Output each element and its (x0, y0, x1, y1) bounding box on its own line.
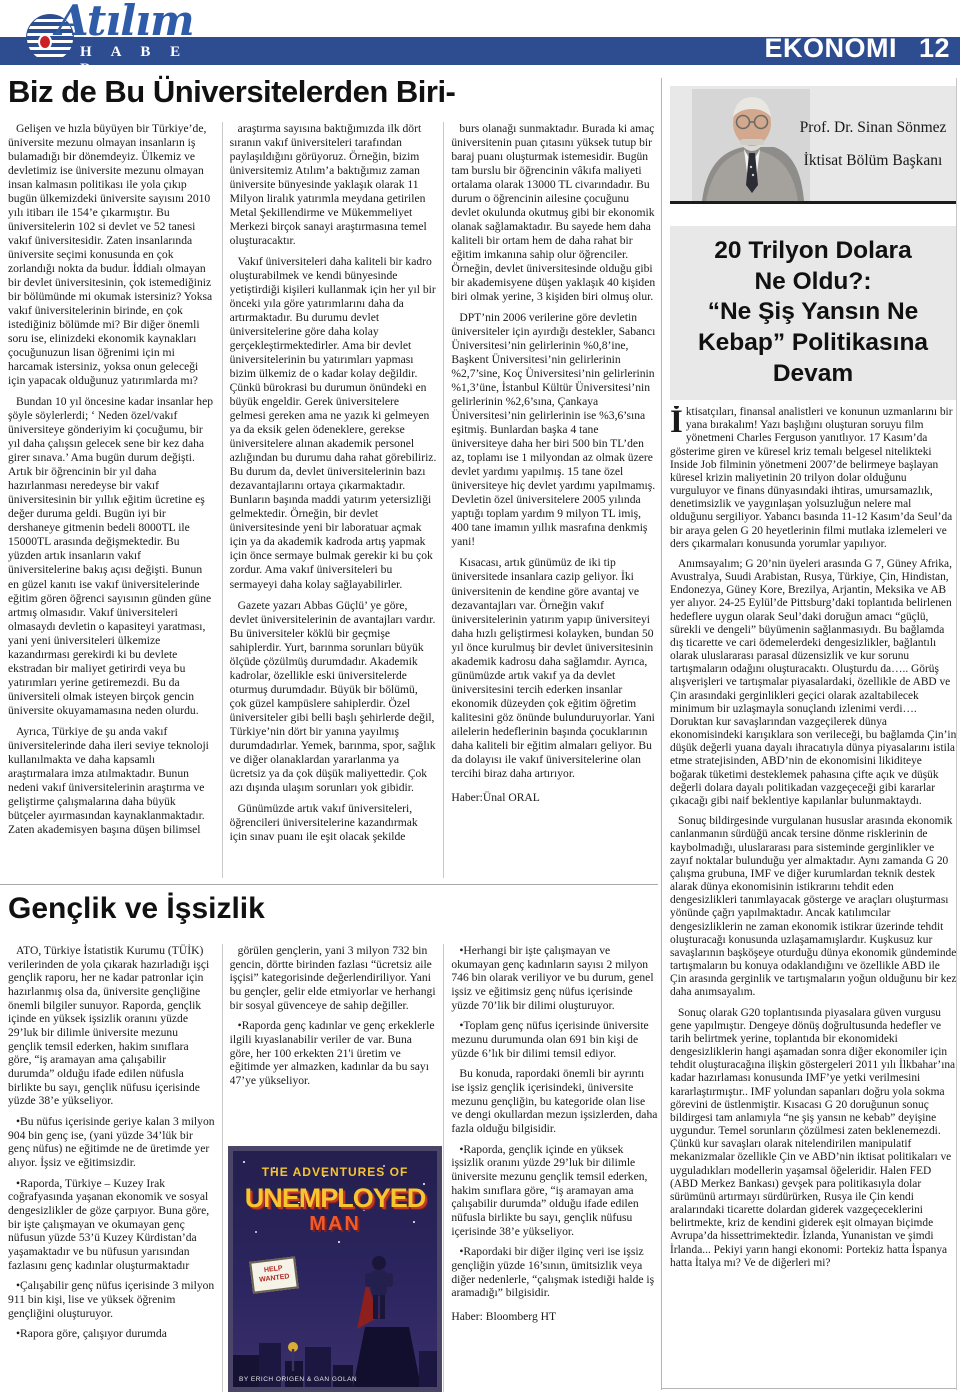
section-label: EKONOMİ (764, 33, 897, 63)
columnist-photo (692, 89, 810, 201)
columnist-credentials: Prof. Dr. Sinan Sönmez İktisat Bölüm Baş… (798, 112, 948, 177)
youth-article-col-1: ATO, Türkiye İstatistik Kurumu (TÜİK) ve… (8, 944, 223, 1392)
paragraph: burs olanağı sunmaktadır. Burada ki amaç… (451, 122, 658, 304)
paragraph: •Çalışabilir genç nüfus içerisinde 3 mil… (8, 1279, 215, 1320)
columnist-title: İktisat Bölüm Başkanı (798, 145, 948, 178)
paragraph: Gazete yazarı Abbas Güçlü’ ye göre, devl… (230, 599, 437, 795)
column-title-line: Kebap” Politikasına (670, 328, 956, 359)
paragraph: •Raporda, gençlik içinde en yüksek işsiz… (451, 1143, 658, 1239)
sidebar-right-rule (956, 78, 957, 1390)
newspaper-page: EKONOMİ12 Atılım H A B E R Biz de Bu Üni… (0, 0, 960, 1396)
youth-article-byline: Haber: Bloomberg HT (451, 1310, 658, 1324)
cover-main-title: UNEMPLOYED (233, 1183, 437, 1214)
paragraph: •Raporda genç kadınlar ve genç erkeklerl… (230, 1019, 437, 1087)
unemployed-man-book-cover: THE ADVENTURES OF UNEMPLOYED MAN HELP WA… (228, 1146, 442, 1392)
paragraph-text: ktisatçıları, finansal analistleri ve ko… (670, 406, 953, 550)
red-dot-icon (38, 34, 52, 50)
unemployed-man-figure (349, 1251, 409, 1341)
columnist-box: Prof. Dr. Sinan Sönmez İktisat Bölüm Baş… (670, 86, 956, 204)
main-headline: Biz de Bu Üniversitelerden Biri- (8, 74, 455, 110)
cover-credits: BY ERICH ORIGEN & GAN GOLAN (239, 1376, 357, 1383)
paragraph: •Toplam genç nüfus içerisinde üniversite… (451, 1019, 658, 1060)
paragraph: •Bu nüfus içerisinde geriye kalan 3 mily… (8, 1115, 215, 1170)
paragraph: görülen gençlerin, yani 3 milyon 732 bin… (230, 944, 437, 1012)
page-number: 12 (919, 33, 950, 63)
main-article-columns: Gelişen ve hızla büyüyen bir Türkiye’de,… (8, 122, 658, 878)
cover-series-title: THE ADVENTURES OF (233, 1165, 437, 1179)
stars-decoration (243, 1161, 245, 1163)
main-article-byline: Haber:Ünal ORAL (451, 791, 658, 805)
paragraph: •Herhangi bir işte çalışmayan ve okumaya… (451, 944, 658, 1012)
column-title-line: Ne Oldu?: (670, 267, 956, 298)
newspaper-logo: Atılım H A B E R (8, 2, 198, 68)
column-title-line: “Ne Şiş Yansın Ne (670, 297, 956, 328)
paragraph: •Raporda, Türkiye – Kuzey Irak coğrafyas… (8, 1177, 215, 1273)
paragraph: araştırma sayısına baktığımızda ilk dört… (230, 122, 437, 248)
paragraph: Bu konuda, rapordaki önemli bir ayrıntı … (451, 1067, 658, 1135)
sidebar-bottom-rule (661, 1388, 957, 1389)
paragraph: Gelişen ve hızla büyüyen bir Türkiye’de,… (8, 122, 215, 388)
youth-headline: Gençlik ve İşsizlik (8, 892, 265, 926)
logo-subtitle: H A B E R (80, 44, 198, 78)
paragraph: Sonuç bildirgesinde vurgulanan hususlar … (670, 815, 957, 999)
column-title-box: 20 Trilyon Dolara Ne Oldu?: “Ne Şiş Yans… (670, 226, 956, 400)
paragraph: Sonuç olarak G20 toplantısında piyasalar… (670, 1007, 957, 1270)
columnist-name: Prof. Dr. Sinan Sönmez (798, 112, 948, 145)
main-article-col-2: araştırma sayısına baktığımızda ilk dört… (230, 122, 445, 878)
paragraph: İktisatçıları, finansal analistleri ve k… (670, 406, 957, 551)
paragraph: •Rapora göre, çalışıyor durumda (8, 1327, 215, 1341)
main-article-col-3: burs olanağı sunmaktadır. Burada ki amaç… (451, 122, 658, 878)
drop-cap: İ (670, 406, 686, 436)
logo-title: Atılım (56, 0, 194, 45)
paragraph: Anımsayalım; G 20’nin üyeleri arasında G… (670, 558, 957, 808)
main-article-col-1: Gelişen ve hızla büyüyen bir Türkiye’de,… (8, 122, 223, 878)
cover-main-title-2: MAN (233, 1213, 437, 1236)
column-title-line: Devam (670, 359, 956, 390)
column-body: İktisatçıları, finansal analistleri ve k… (670, 406, 957, 1384)
paragraph: Kısacası, artık günümüz de iki tip ünive… (451, 556, 658, 780)
column-title-line: 20 Trilyon Dolara (670, 236, 956, 267)
paragraph: ATO, Türkiye İstatistik Kurumu (TÜİK) ve… (8, 944, 215, 1108)
paragraph: Bundan 10 yıl öncesine kadar insanlar he… (8, 395, 215, 717)
paragraph: Vakıf üniversiteleri daha kaliteli bir k… (230, 255, 437, 591)
sidebar-divider (661, 78, 662, 1390)
youth-article-col-3: •Herhangi bir işte çalışmayan ve okumaya… (451, 944, 658, 1392)
section-divider (0, 884, 658, 885)
paragraph: •Rapordaki bir diğer ilginç veri ise işs… (451, 1245, 658, 1300)
paragraph: Ayrıca, Türkiye de şu anda vakıf ünivers… (8, 725, 215, 837)
help-wanted-sign: HELP WANTED (249, 1256, 299, 1293)
section-header: EKONOMİ12 (764, 33, 950, 64)
paragraph: Günümüzde artık vakıf üniversiteleri, öğ… (230, 802, 437, 844)
paragraph: DPT’nin 2006 verilerine göre devletin ün… (451, 311, 658, 549)
